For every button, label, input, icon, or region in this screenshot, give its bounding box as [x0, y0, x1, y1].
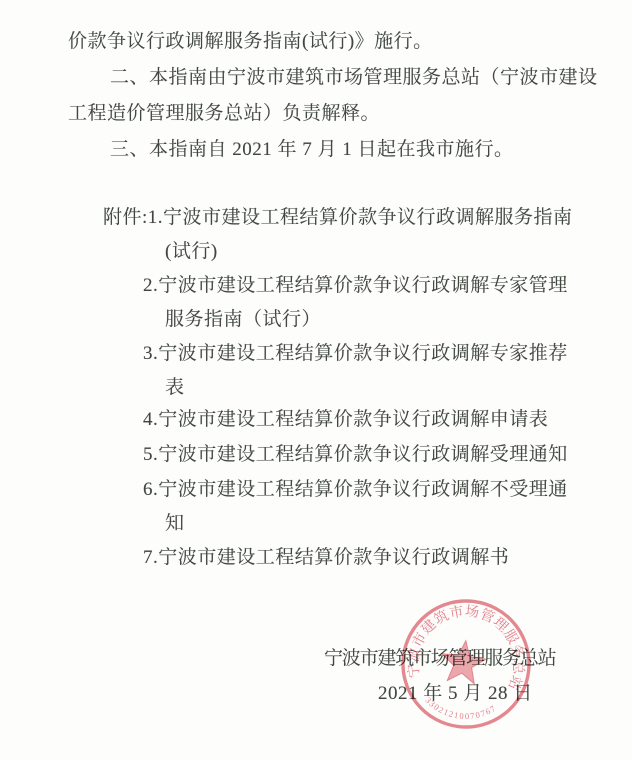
- body-line-item2-a: 二、本指南由宁波市建筑市场管理服务总站（宁波市建设: [110, 67, 598, 90]
- attachment-line-4: 服务指南（试行）: [165, 309, 321, 332]
- attachment-line-1: 附件:1.宁波市建设工程结算价款争议行政调解服务指南: [103, 207, 573, 230]
- attachment-line-3: 2.宁波市建设工程结算价款争议行政调解专家管理: [143, 275, 568, 298]
- attachment-line-9: 6.宁波市建设工程结算价款争议行政调解不受理通: [143, 479, 568, 502]
- official-seal: 宁波市建筑市场管理服务总站 33021210070767: [398, 596, 534, 732]
- attachment-line-10: 知: [165, 513, 185, 536]
- document-page: 价款争议行政调解服务指南(试行)》施行。 二、本指南由宁波市建筑市场管理服务总站…: [0, 0, 632, 760]
- attachment-line-6: 表: [165, 377, 185, 400]
- attachment-line-8: 5.宁波市建设工程结算价款争议行政调解受理通知: [143, 444, 568, 467]
- body-line-item2-b: 工程造价管理服务总站）负责解释。: [68, 103, 380, 126]
- body-line-continuation: 价款争议行政调解服务指南(试行)》施行。: [68, 31, 433, 54]
- attachment-line-2: (试行): [165, 241, 218, 264]
- attachment-line-11: 7.宁波市建设工程结算价款争议行政调解书: [143, 547, 509, 570]
- attachment-line-7: 4.宁波市建设工程结算价款争议行政调解申请表: [143, 409, 548, 432]
- seal-star-icon: [439, 638, 488, 685]
- attachment-line-5: 3.宁波市建设工程结算价款争议行政调解专家推荐: [143, 343, 568, 366]
- body-line-item3: 三、本指南自 2021 年 7 月 1 日起在我市施行。: [110, 139, 514, 162]
- seal-code-text: 33021210070767: [422, 694, 499, 725]
